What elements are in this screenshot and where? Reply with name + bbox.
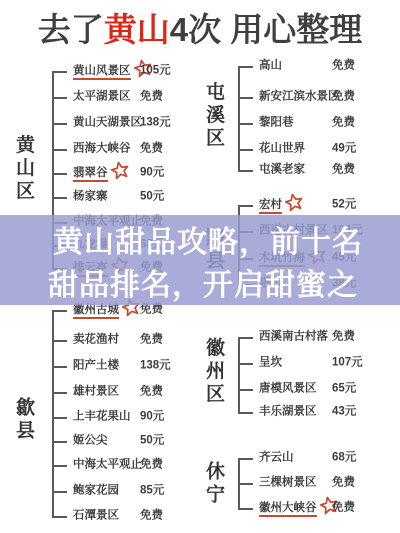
attraction-label: 徽州大峡谷 <box>259 498 339 518</box>
attraction-label: 黎阳巷 <box>259 116 294 131</box>
attraction-name: 齐云山 <box>259 452 294 464</box>
region-label-left-1: 歙县 <box>14 397 33 443</box>
attraction-label: 上丰花果山 <box>73 410 131 425</box>
bracket-line <box>238 66 240 172</box>
bracket-tick <box>52 197 67 199</box>
attraction-price: 免费 <box>140 509 163 524</box>
attraction-label: 屯溪老家 <box>259 163 305 178</box>
attraction-price: 免费 <box>140 90 163 105</box>
bracket-tick <box>52 465 67 467</box>
attraction-price: 65元 <box>332 382 356 397</box>
attraction-name: 宏村 <box>259 199 282 214</box>
attraction-name: 屯溪老家 <box>259 164 305 176</box>
caption-overlay-banner: 黄山甜品攻略，前十名 甜品排名，开启甜蜜之 <box>0 215 400 305</box>
attraction-name: 阳产土楼 <box>73 360 119 372</box>
attraction-price: 138元 <box>140 116 171 131</box>
title-highlight: 黄山 <box>104 11 170 48</box>
attraction-name: 翡翠谷 <box>73 167 108 182</box>
attraction-name: 黄山风景区 <box>73 65 131 80</box>
attraction-price: 90元 <box>140 166 164 181</box>
bracket-tick <box>238 66 253 68</box>
title-prefix: 去了 <box>38 11 104 48</box>
attraction-name: 雄村景区 <box>73 386 119 398</box>
attraction-name: 杨家寨 <box>73 191 108 203</box>
bracket-tick <box>238 123 253 125</box>
attraction-label: 高山 <box>259 59 282 74</box>
attraction-label: 西溪南古村落 <box>259 330 328 345</box>
attraction-label: 姬公尖 <box>73 434 108 449</box>
bracket-tick <box>238 149 253 151</box>
bracket-tick <box>238 363 253 365</box>
attraction-label: 呈坎 <box>259 356 282 371</box>
attraction-name: 黄山天湖景区 <box>73 117 142 129</box>
attraction-label: 太平湖景区 <box>73 90 131 105</box>
attraction-label: 丰乐湖景区 <box>259 405 317 420</box>
attraction-price: 49元 <box>332 142 356 157</box>
bracket-tick <box>52 97 67 99</box>
attraction-name: 西海大峡谷 <box>73 143 131 155</box>
attraction-label: 齐云山 <box>259 451 294 466</box>
attraction-price: 免费 <box>332 330 355 345</box>
attraction-label: 翡翠谷 <box>73 163 130 183</box>
bracket-tick <box>52 149 67 151</box>
bracket-tick <box>238 458 253 460</box>
attraction-name: 徽州古城 <box>73 304 119 319</box>
bracket-tick <box>238 337 253 339</box>
attraction-label: 卖花渔村 <box>73 333 119 348</box>
bracket-tick <box>52 71 67 73</box>
attraction-label: 宏村 <box>259 195 304 215</box>
attraction-price: 免费 <box>140 142 163 157</box>
attraction-label: 花山世界 <box>259 142 305 157</box>
attraction-price: 138元 <box>140 359 171 374</box>
attraction-price: 68元 <box>332 451 356 466</box>
attraction-name: 徽州大峡谷 <box>259 502 317 517</box>
attraction-label: 雄村景区 <box>73 385 119 400</box>
attraction-price: 85元 <box>140 484 164 499</box>
bracket-tick <box>52 417 67 419</box>
attraction-price: 免费 <box>332 90 355 105</box>
attraction-name: 呈坎 <box>259 357 282 369</box>
attraction-label: 三棵树景区 <box>259 476 317 491</box>
attraction-price: 90元 <box>140 410 164 425</box>
attraction-label: 新安江滨水景区 <box>259 90 340 105</box>
page-title: 去了黄山4次 用心整理 <box>0 4 400 51</box>
attraction-name: 太平湖景区 <box>73 91 131 103</box>
bracket-tick <box>238 483 253 485</box>
bracket-tick <box>238 389 253 391</box>
attraction-label: 唐模风景区 <box>259 382 317 397</box>
attraction-name: 高山 <box>259 60 282 72</box>
attraction-name: 鲍家花园 <box>73 485 119 497</box>
attraction-name: 石潭景区 <box>73 510 119 522</box>
attraction-name: 中海太平观止 <box>73 459 142 471</box>
attraction-label: 杨家寨 <box>73 190 108 205</box>
bracket-tick <box>52 392 67 394</box>
region-label-right-0: 屯溪区 <box>204 82 223 151</box>
attraction-label: 中海太平观止 <box>73 458 142 473</box>
infographic-canvas: 去了黄山4次 用心整理 黄山区黄山风景区105元太平湖景区免费黄山天湖景区138… <box>0 0 400 533</box>
attraction-label: 阳产土楼 <box>73 359 119 374</box>
attraction-price: 免费 <box>332 116 355 131</box>
bracket-tick <box>238 508 253 510</box>
attraction-name: 卖花渔村 <box>73 334 119 346</box>
region-label-right-2: 徽州区 <box>204 338 223 407</box>
attraction-price: 105元 <box>140 64 171 79</box>
attraction-name: 新安江滨水景区 <box>259 91 340 103</box>
bracket-line <box>238 337 240 414</box>
bracket-tick <box>52 441 67 443</box>
attraction-price: 52元 <box>332 198 356 213</box>
attraction-price: 107元 <box>332 356 363 371</box>
bracket-tick <box>52 340 67 342</box>
attraction-price: 50元 <box>140 190 164 205</box>
favorite-star-icon <box>108 158 132 182</box>
bracket-tick <box>238 205 253 207</box>
overlay-caption-line2: 甜品排名，开启甜蜜之 <box>48 271 358 301</box>
attraction-name: 黎阳巷 <box>259 117 294 129</box>
attraction-label: 鲍家花园 <box>73 484 119 499</box>
region-label-right-3: 休宁 <box>204 461 223 507</box>
attraction-price: 免费 <box>332 476 355 491</box>
attraction-label: 石潭景区 <box>73 509 119 524</box>
attraction-name: 三棵树景区 <box>259 477 317 489</box>
attraction-price: 50元 <box>140 434 164 449</box>
attraction-price: 免费 <box>140 333 163 348</box>
attraction-price: 免费 <box>332 163 355 178</box>
bracket-tick <box>52 173 67 175</box>
attraction-price: 免费 <box>332 501 355 516</box>
bracket-tick <box>238 170 253 172</box>
attraction-name: 唐模风景区 <box>259 383 317 395</box>
bracket-tick <box>238 412 253 414</box>
attraction-price: 43元 <box>332 405 356 420</box>
bracket-tick <box>52 366 67 368</box>
attraction-price: 免费 <box>140 458 163 473</box>
title-suffix: 4次 用心整理 <box>170 11 363 48</box>
bracket-tick <box>52 123 67 125</box>
bracket-tick <box>52 516 67 518</box>
attraction-label: 西海大峡谷 <box>73 142 131 157</box>
bracket-tick <box>52 310 67 312</box>
attraction-price: 免费 <box>140 385 163 400</box>
bracket-tick <box>238 97 253 99</box>
attraction-name: 西溪南古村落 <box>259 331 328 343</box>
attraction-name: 上丰花果山 <box>73 411 131 423</box>
overlay-caption-line1: 黄山甜品攻略，前十名 <box>53 228 363 258</box>
bracket-tick <box>52 491 67 493</box>
attraction-label: 黄山天湖景区 <box>73 116 142 131</box>
attraction-name: 花山世界 <box>259 143 305 155</box>
attraction-name: 丰乐湖景区 <box>259 406 317 418</box>
attraction-price: 免费 <box>332 59 355 74</box>
favorite-star-icon <box>282 190 306 214</box>
attraction-name: 姬公尖 <box>73 435 108 447</box>
region-label-left-0: 黄山区 <box>14 135 33 204</box>
